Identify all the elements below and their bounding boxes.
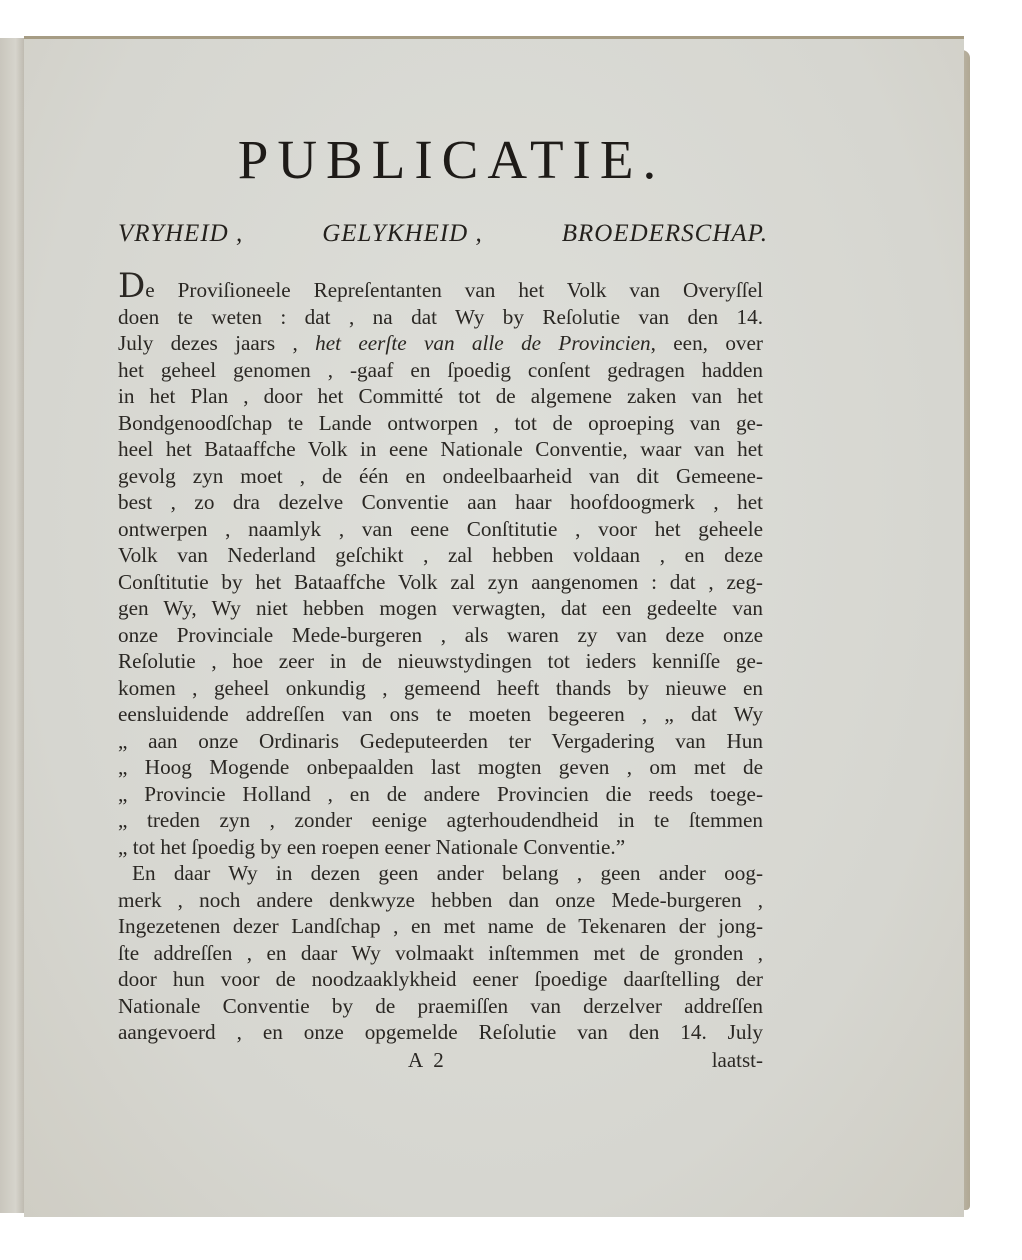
text-line: aangevoerd , en onze opgemelde Reſolutie… — [118, 1019, 763, 1046]
text-line: komen , geheel onkundig , gemeend heeft … — [118, 675, 763, 702]
text-line: het geheel genomen , -gaaf en ſpoedig co… — [118, 357, 763, 384]
motto-equality: GELYKHEID , — [322, 220, 483, 248]
text-line: eensluidende addreſſen van ons te moeten… — [118, 701, 763, 728]
text-line: Conſtitutie by het Bataaffche Volk zal z… — [118, 569, 763, 596]
text-line: De Proviſioneele Repreſentanten van het … — [118, 276, 763, 304]
page-title: PUBLICATIE. — [118, 130, 763, 190]
text-line: heel het Bataaffche Volk in eene Nationa… — [118, 436, 763, 463]
text-line: Volk van Nederland geſchikt , zal hebben… — [118, 542, 763, 569]
text-line: merk , noch andere denkwyze hebben dan o… — [118, 887, 763, 914]
text-line: July dezes jaars , het eerſte van alle d… — [118, 330, 763, 357]
motto: VRYHEID , GELYKHEID , BROEDERSCHAP. — [118, 220, 768, 248]
text-line: En daar Wy in dezen geen ander belang , … — [118, 860, 763, 887]
document-content: PUBLICATIE. VRYHEID , GELYKHEID , BROEDE… — [118, 130, 763, 1073]
text-line: doen te weten : dat , na dat Wy by Reſol… — [118, 304, 763, 331]
quoted-line: „ Provincie Holland , en de andere Provi… — [118, 781, 763, 808]
quoted-line: „ tot het ſpoedig by een roepen eener Na… — [118, 834, 763, 861]
text-line: best , zo dra dezelve Conventie aan haar… — [118, 489, 763, 516]
quoted-line: „ treden zyn , zonder eenige agterhouden… — [118, 807, 763, 834]
text-line: Bondgenoodſchap te Lande ontworpen , tot… — [118, 410, 763, 437]
text-line: ſte addreſſen , en daar Wy volmaakt inſt… — [118, 940, 763, 967]
motto-fraternity: BROEDERSCHAP. — [562, 220, 768, 248]
text-line: door hun voor de noodzaaklykheid eener ſ… — [118, 966, 763, 993]
body-text: De Proviſioneele Repreſentanten van het … — [118, 276, 763, 1046]
motto-liberty: VRYHEID , — [118, 220, 243, 248]
dropcap: D — [118, 266, 145, 306]
text-line: gevolg zyn moet , de één en ondeelbaarhe… — [118, 463, 763, 490]
signature-mark: A 2 — [118, 1048, 447, 1073]
page-footer: A 2 laatst- — [118, 1048, 763, 1073]
italic-phrase: het eerſte van alle de Provincien — [315, 331, 650, 355]
text-line: Nationale Conventie by de praemiſſen van… — [118, 993, 763, 1020]
text-line: in het Plan , door het Committé tot de a… — [118, 383, 763, 410]
text-line: ontwerpen , naamlyk , van eene Conſtitut… — [118, 516, 763, 543]
previous-page-edge — [0, 38, 27, 1213]
quoted-line: „ aan onze Ordinaris Gedeputeerden ter V… — [118, 728, 763, 755]
catchword: laatst- — [712, 1048, 763, 1073]
text-line: Reſolutie , hoe zeer in de nieuwstydinge… — [118, 648, 763, 675]
text-line: onze Provinciale Mede-burgeren , als war… — [118, 622, 763, 649]
quoted-line: „ Hoog Mogende onbepaalden last mogten g… — [118, 754, 763, 781]
text-line: Ingezetenen dezer Landſchap , en met nam… — [118, 913, 763, 940]
text-line: gen Wy, Wy niet hebben mogen verwagten, … — [118, 595, 763, 622]
